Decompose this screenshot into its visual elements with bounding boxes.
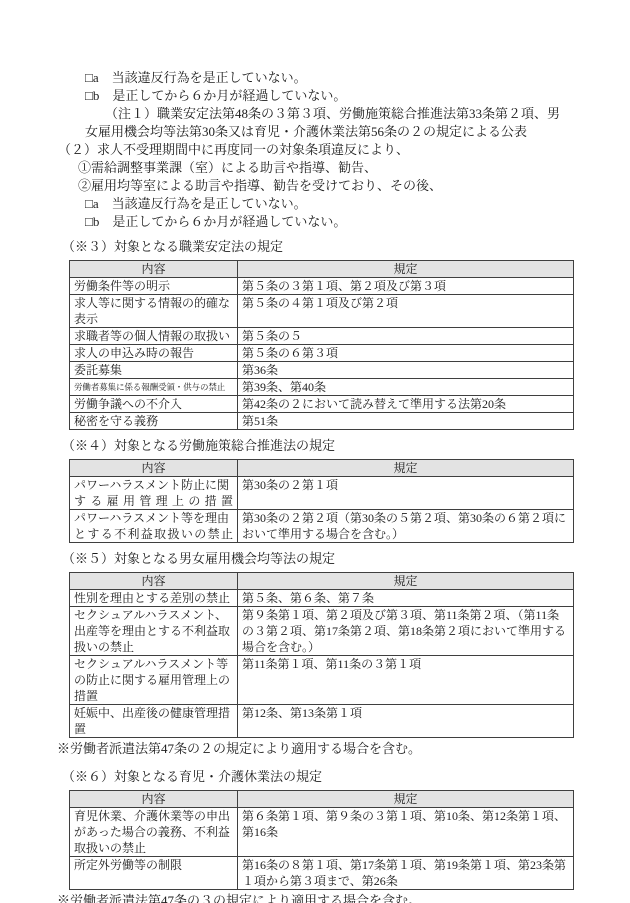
table-row: 労働者募集に係る報酬受領・供与の禁止 第39条、第40条: [70, 379, 574, 396]
checkbox-line-b2: □b 是正してから６か月が経過していない。: [0, 213, 630, 231]
cell-regulation: 第12条、第13条第１項: [238, 705, 574, 738]
cell-content: セクシュアルハラスメント等の防止に関する雇用管理上の措置: [70, 656, 238, 705]
cell-regulation: 第30条の２第２項（第30条の５第２項、第30条の６第２項において準用する場合を…: [238, 510, 574, 543]
header-content: 内容: [70, 460, 238, 477]
note1-line-1: （注１）職業安定法第48条の３第３項、労働施策総合推進法第33条第２項、男: [0, 105, 630, 123]
header-content: 内容: [70, 573, 238, 590]
table-row: 労働争議への不介入 第42条の２において読み替えて準用する法第20条: [70, 396, 574, 413]
table-header-row: 内容 規定: [70, 573, 574, 590]
cell-regulation: 第36条: [238, 362, 574, 379]
cell-content: 妊娠中、出産後の健康管理措置: [70, 705, 238, 738]
table-row: セクシュアルハラスメント等の防止に関する雇用管理上の措置 第11条第１項、第11…: [70, 656, 574, 705]
cell-content: 労働争議への不介入: [70, 396, 238, 413]
section-3-title: （※３）対象となる職業安定法の規定: [0, 239, 630, 255]
table-row: 育児休業、介護休業等の申出があった場合の義務、不利益取扱いの禁止 第６条第１項、…: [70, 808, 574, 857]
cell-regulation: 第51条: [238, 413, 574, 430]
table-row: 求職者等の個人情報の取扱い 第５条の５: [70, 328, 574, 345]
cell-content: 育児休業、介護休業等の申出があった場合の義務、不利益取扱いの禁止: [70, 808, 238, 857]
table-row: セクシュアルハラスメント、出産等を理由とする不利益取扱いの禁止 第９条第１項、第…: [70, 607, 574, 656]
cell-regulation: 第５条の３第１項、第２項及び第３項: [238, 278, 574, 295]
equal-opportunity-act-table: 内容 規定 性別を理由とする差別の禁止 第５条、第６条、第７条 セクシュアルハラ…: [69, 572, 574, 738]
table-row: 妊娠中、出産後の健康管理措置 第12条、第13条第１項: [70, 705, 574, 738]
cell-regulation: 第39条、第40条: [238, 379, 574, 396]
cell-regulation: 第５条、第６条、第７条: [238, 590, 574, 607]
table-header-row: 内容 規定: [70, 460, 574, 477]
dispatch-act-footnote-1: ※労働者派遣法第47条の２の規定により適用する場合を含む。: [0, 741, 630, 757]
cell-content: パワーハラスメント等を理由とする不利益取扱いの禁止: [70, 510, 238, 543]
table-header-row: 内容 規定: [70, 261, 574, 278]
header-regulation: 規定: [238, 261, 574, 278]
cell-content: 求人等に関する情報の的確な表示: [70, 295, 238, 328]
item2-sub2: ②雇用均等室による助言や指導、勧告を受けており、その後、: [0, 177, 630, 195]
table-row: パワーハラスメント等を理由とする不利益取扱いの禁止 第30条の２第２項（第30条…: [70, 510, 574, 543]
cell-regulation: 第16条の８第１項、第17条第１項、第19条第１項、第23条第１項から第３項まで…: [238, 857, 574, 890]
childcare-leave-act-table: 内容 規定 育児休業、介護休業等の申出があった場合の義務、不利益取扱いの禁止 第…: [69, 790, 574, 890]
table-row: パワーハラスメント防止に関する雇用管理上の措置 第30条の２第１項: [70, 477, 574, 510]
cell-content: パワーハラスメント防止に関する雇用管理上の措置: [70, 477, 238, 510]
cell-regulation: 第５条の６第３項: [238, 345, 574, 362]
table-header-row: 内容 規定: [70, 791, 574, 808]
section-5-title: （※５）対象となる男女雇用機会均等法の規定: [0, 551, 630, 567]
cell-regulation: 第11条第１項、第11条の３第１項: [238, 656, 574, 705]
cell-regulation: 第５条の５: [238, 328, 574, 345]
cell-regulation: 第30条の２第１項: [238, 477, 574, 510]
table-row: 委託募集 第36条: [70, 362, 574, 379]
cell-content: 性別を理由とする差別の禁止: [70, 590, 238, 607]
cell-content: 求職者等の個人情報の取扱い: [70, 328, 238, 345]
cell-content: 所定外労働等の制限: [70, 857, 238, 890]
section-4-title: （※４）対象となる労働施策総合推進法の規定: [0, 438, 630, 454]
item2-sub1: ①需給調整事業課（室）による助言や指導、勧告、: [0, 159, 630, 177]
cell-regulation: 第42条の２において読み替えて準用する法第20条: [238, 396, 574, 413]
table-row: 秘密を守る義務 第51条: [70, 413, 574, 430]
header-content: 内容: [70, 791, 238, 808]
note1-line-2: 女雇用機会均等法第30条又は育児・介護休業法第56条の２の規定による公表: [0, 123, 630, 141]
header-content: 内容: [70, 261, 238, 278]
comprehensive-promotion-act-table: 内容 規定 パワーハラスメント防止に関する雇用管理上の措置 第30条の２第１項 …: [69, 459, 574, 543]
cell-regulation: 第６条第１項、第９条の３第１項、第10条、第12条第１項、第16条: [238, 808, 574, 857]
checkbox-line-a1: □a 当該違反行為を是正していない。: [0, 69, 630, 87]
table-row: 性別を理由とする差別の禁止 第５条、第６条、第７条: [70, 590, 574, 607]
table-row: 求人の申込み時の報告 第５条の６第３項: [70, 345, 574, 362]
header-regulation: 規定: [238, 573, 574, 590]
cell-content: セクシュアルハラスメント、出産等を理由とする不利益取扱いの禁止: [70, 607, 238, 656]
table-row: 所定外労働等の制限 第16条の８第１項、第17条第１項、第19条第１項、第23条…: [70, 857, 574, 890]
checkbox-line-a2: □a 当該違反行為を是正していない。: [0, 195, 630, 213]
cell-content: 求人の申込み時の報告: [70, 345, 238, 362]
section-6-title: （※６）対象となる育児・介護休業法の規定: [0, 769, 630, 785]
header-regulation: 規定: [238, 460, 574, 477]
cell-content: 労働条件等の明示: [70, 278, 238, 295]
cell-regulation: 第９条第１項、第２項及び第３項、第11条第２項、（第11条の３第２項、第17条第…: [238, 607, 574, 656]
cell-content: 労働者募集に係る報酬受領・供与の禁止: [70, 379, 238, 396]
cell-content: 秘密を守る義務: [70, 413, 238, 430]
header-regulation: 規定: [238, 791, 574, 808]
table-row: 労働条件等の明示 第５条の３第１項、第２項及び第３項: [70, 278, 574, 295]
intro-section: □a 当該違反行為を是正していない。 □b 是正してから６か月が経過していない。…: [0, 0, 630, 231]
cell-content: 委託募集: [70, 362, 238, 379]
table-row: 求人等に関する情報の的確な表示 第５条の４第１項及び第２項: [70, 295, 574, 328]
checkbox-line-b1: □b 是正してから６か月が経過していない。: [0, 87, 630, 105]
employment-security-act-table: 内容 規定 労働条件等の明示 第５条の３第１項、第２項及び第３項 求人等に関する…: [69, 260, 574, 430]
item2-heading: （２）求人不受理期間中に再度同一の対象条項違反により、: [0, 141, 630, 159]
cell-regulation: 第５条の４第１項及び第２項: [238, 295, 574, 328]
dispatch-act-footnote-2: ※労働者派遣法第47条の３の規定により適用する場合を含む。: [0, 893, 630, 903]
document-page: □a 当該違反行為を是正していない。 □b 是正してから６か月が経過していない。…: [0, 0, 630, 903]
